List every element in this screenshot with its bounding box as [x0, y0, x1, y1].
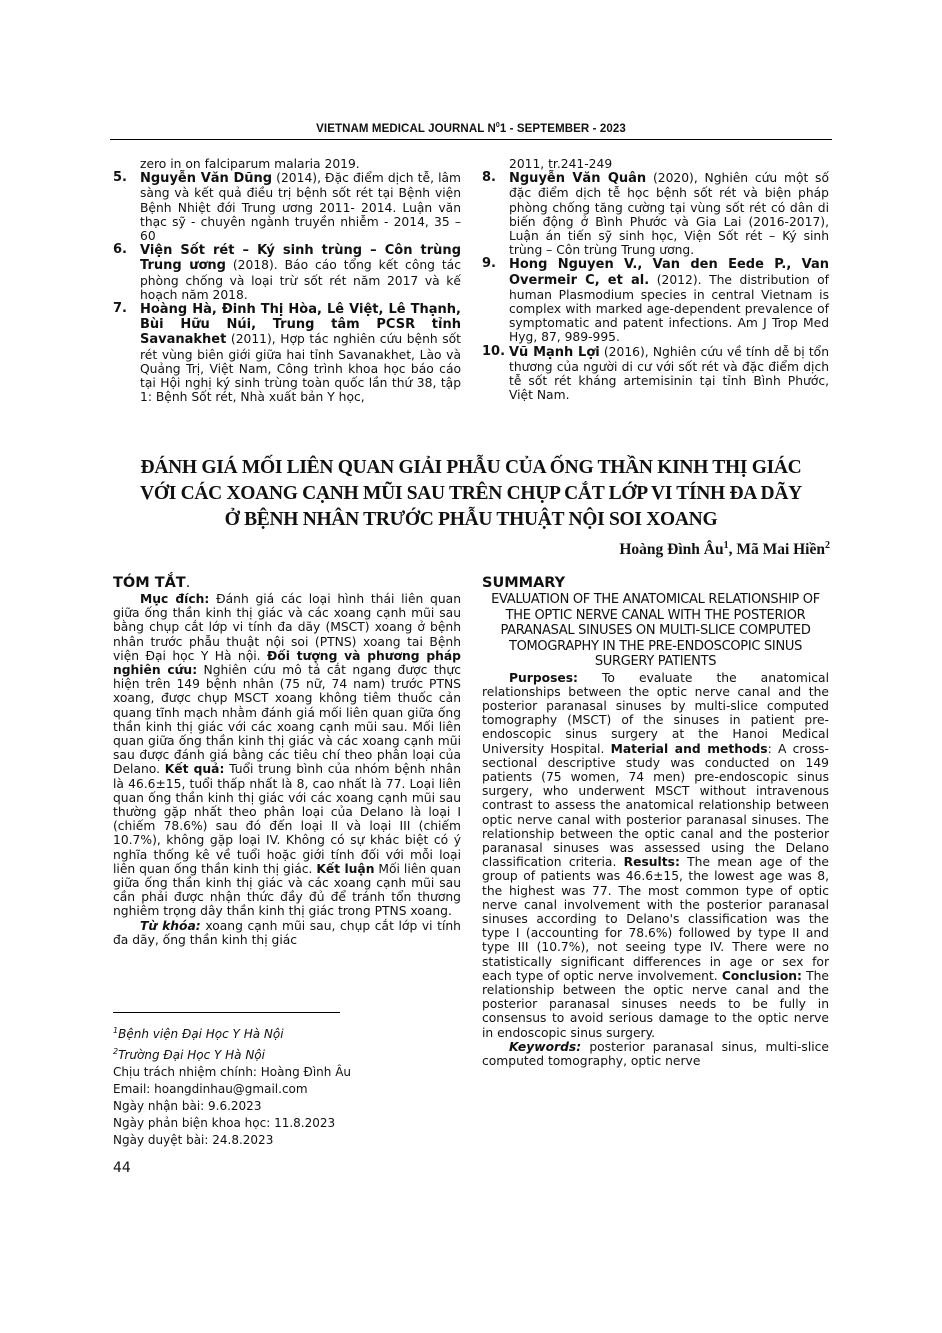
corresponding-author: Chịu trách nhiệm chính: Hoàng Đình Âu	[113, 1064, 463, 1081]
journal-name: VIETNAM MEDICAL JOURNAL N	[316, 123, 496, 135]
reference-item-9: 9.Hong Nguyen V., Van den Eede P., Van O…	[482, 257, 829, 344]
date-received: Ngày nhận bài: 9.6.2023	[113, 1098, 463, 1115]
methods-label: Material and methods	[611, 742, 768, 756]
heading-text: TÓM TẮT	[113, 575, 186, 591]
abstract-english: SUMMARY EVALUATION OF THE ANATOMICAL REL…	[482, 575, 829, 1068]
date-approved: Ngày duyệt bài: 24.8.2023	[113, 1132, 463, 1149]
english-title: EVALUATION OF THE ANATOMICAL RELATIONSHI…	[482, 592, 829, 670]
article-title: ĐÁNH GIÁ MỐI LIÊN QUAN GIẢI PHẪU CỦA ỐNG…	[100, 455, 842, 533]
heading-suffix: .	[186, 575, 191, 591]
author-name: Mã Mai Hiền	[736, 541, 825, 558]
date-reviewed: Ngày phản biện khoa học: 11.8.2023	[113, 1115, 463, 1132]
summary-body: Purposes: To evaluate the anatomical rel…	[482, 671, 829, 1040]
reference-item-8: 8.Nguyễn Văn Quân (2020), Nghiên cứu một…	[482, 171, 829, 257]
conclusion-label: Conclusion:	[722, 969, 802, 983]
reference-item-7: 7.Hoàng Hà, Đinh Thị Hòa, Lê Việt, Lê Th…	[113, 302, 461, 404]
reference-text: zero in on falciparum malaria 2019.	[140, 157, 360, 171]
reference-continuation: 2011, tr.241-249	[482, 157, 829, 171]
abstract-heading: TÓM TẮT.	[113, 575, 461, 592]
conclusion-label: Kết luận	[316, 862, 374, 876]
keywords-label: Từ khóa:	[140, 919, 201, 933]
references-left-column: zero in on falciparum malaria 2019. 5.Ng…	[113, 157, 461, 404]
footnote-rule	[113, 1012, 340, 1013]
references-right-column: 2011, tr.241-249 8.Nguyễn Văn Quân (2020…	[482, 157, 829, 402]
affiliation-2: 2Trường Đại Học Y Hà Nội	[113, 1043, 463, 1064]
reference-author: Nguyễn Văn Dũng	[140, 171, 272, 186]
reference-number: 5.	[113, 171, 127, 185]
methods-text: : A cross-sectional descriptive study wa…	[482, 742, 829, 870]
title-line: VỚI CÁC XOANG CẠNH MŨI SAU TRÊN CHỤP CẮT…	[100, 481, 842, 507]
keywords-label: Keywords:	[509, 1040, 581, 1054]
title-line: Ở BỆNH NHÂN TRƯỚC PHẪU THUẬT NỘI SOI XOA…	[100, 507, 842, 533]
affiliation-marker: 2	[825, 540, 830, 551]
affiliation-1: 1Bệnh viện Đại Học Y Hà Nội	[113, 1022, 463, 1043]
results-label: Kết quả:	[165, 762, 225, 776]
purpose-label: Purposes:	[509, 671, 578, 685]
reference-number: 7.	[113, 302, 127, 316]
reference-number: 10.	[482, 345, 505, 359]
reference-item-10: 10.Vũ Mạnh Lợi (2016), Nghiên cứu về tín…	[482, 345, 829, 403]
keywords: Keywords: posterior paranasal sinus, mul…	[482, 1040, 829, 1068]
summary-heading: SUMMARY	[482, 575, 829, 592]
running-header: VIETNAM MEDICAL JOURNAL N01 - SEPTEMBER …	[110, 122, 832, 135]
purpose-label: Mục đích:	[140, 592, 209, 606]
email: Email: hoangdinhau@gmail.com	[113, 1081, 463, 1098]
abstract-body: Mục đích: Đánh giá các loại hình thái li…	[113, 592, 461, 919]
reference-number: 6.	[113, 243, 127, 257]
affiliation-text: Trường Đại Học Y Hà Nội	[118, 1048, 265, 1062]
title-line: ĐÁNH GIÁ MỐI LIÊN QUAN GIẢI PHẪU CỦA ỐNG…	[100, 455, 842, 481]
reference-item-6: 6.Viện Sốt rét – Ký sinh trùng – Côn trù…	[113, 243, 461, 302]
results-text: The mean age of the group of patients wa…	[482, 855, 829, 983]
affiliation-text: Bệnh viện Đại Học Y Hà Nội	[118, 1027, 283, 1041]
issue-date: 1 - SEPTEMBER - 2023	[500, 123, 626, 135]
abstract-vietnamese: TÓM TẮT. Mục đích: Đánh giá các loại hìn…	[113, 575, 461, 947]
reference-continuation: zero in on falciparum malaria 2019.	[113, 157, 461, 171]
reference-number: 9.	[482, 257, 496, 271]
reference-number: 8.	[482, 171, 496, 185]
footnotes: 1Bệnh viện Đại Học Y Hà Nội 2Trường Đại …	[113, 1022, 463, 1149]
author-list: Hoàng Đình Âu1, Mã Mai Hiền2	[619, 540, 830, 559]
reference-author: Nguyễn Văn Quân	[509, 171, 646, 186]
reference-text: 2011, tr.241-249	[509, 157, 612, 171]
results-text: Tuổi trung bình của nhóm bệnh nhân là 46…	[113, 762, 461, 875]
keywords: Từ khóa: xoang cạnh mũi sau, chụp cắt lớ…	[113, 919, 461, 947]
journal-page: VIETNAM MEDICAL JOURNAL N01 - SEPTEMBER …	[0, 0, 942, 1333]
author-name: Hoàng Đình Âu	[619, 541, 723, 558]
page-number: 44	[113, 1160, 131, 1176]
header-rule	[110, 139, 832, 140]
reference-author: Vũ Mạnh Lợi	[509, 345, 600, 360]
results-label: Results:	[624, 855, 680, 869]
methods-text: Nghiên cứu mô tả cắt ngang được thực hiệ…	[113, 663, 461, 776]
reference-item-5: 5.Nguyễn Văn Dũng (2014), Đặc điểm dịch …	[113, 171, 461, 243]
